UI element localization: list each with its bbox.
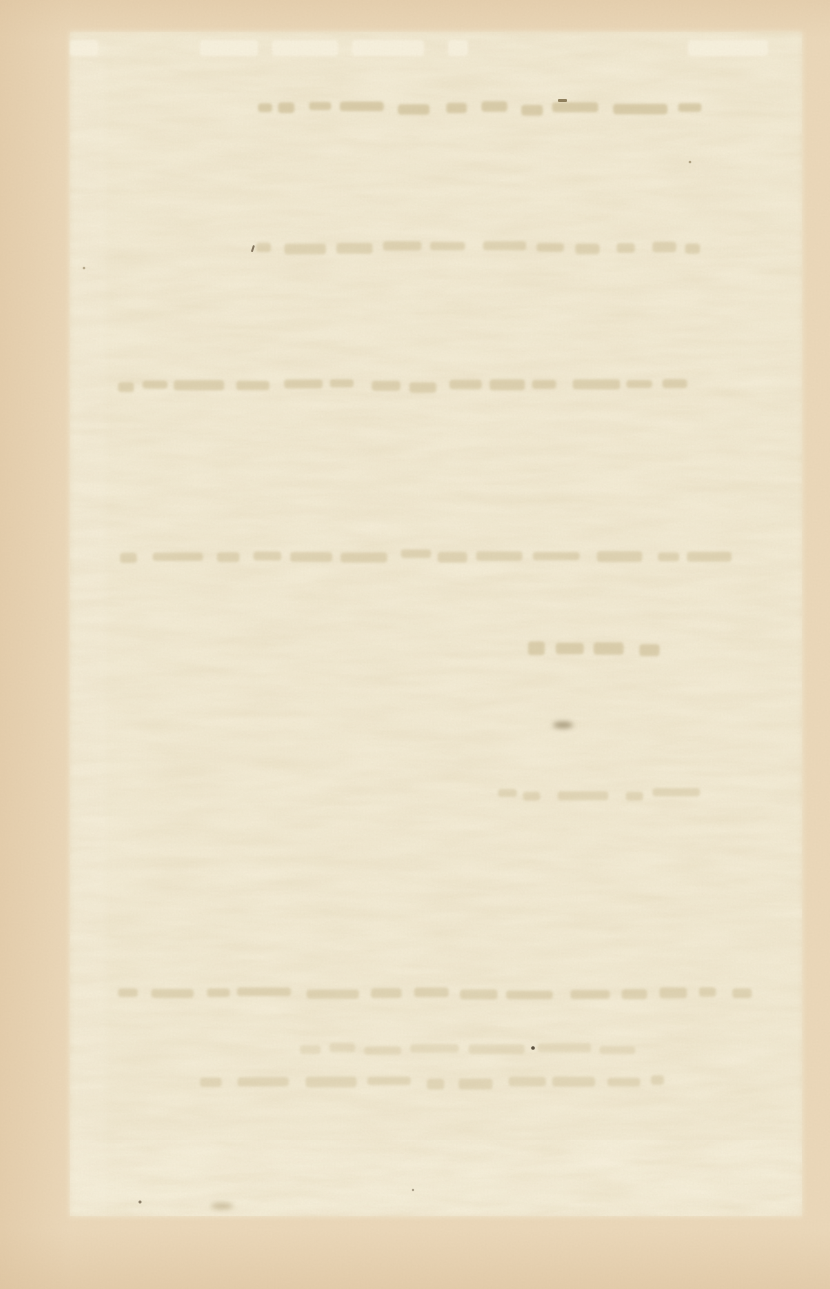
scanned-document-page [0,0,830,1289]
scan-image [0,0,830,1289]
paper-grain [0,0,830,1289]
